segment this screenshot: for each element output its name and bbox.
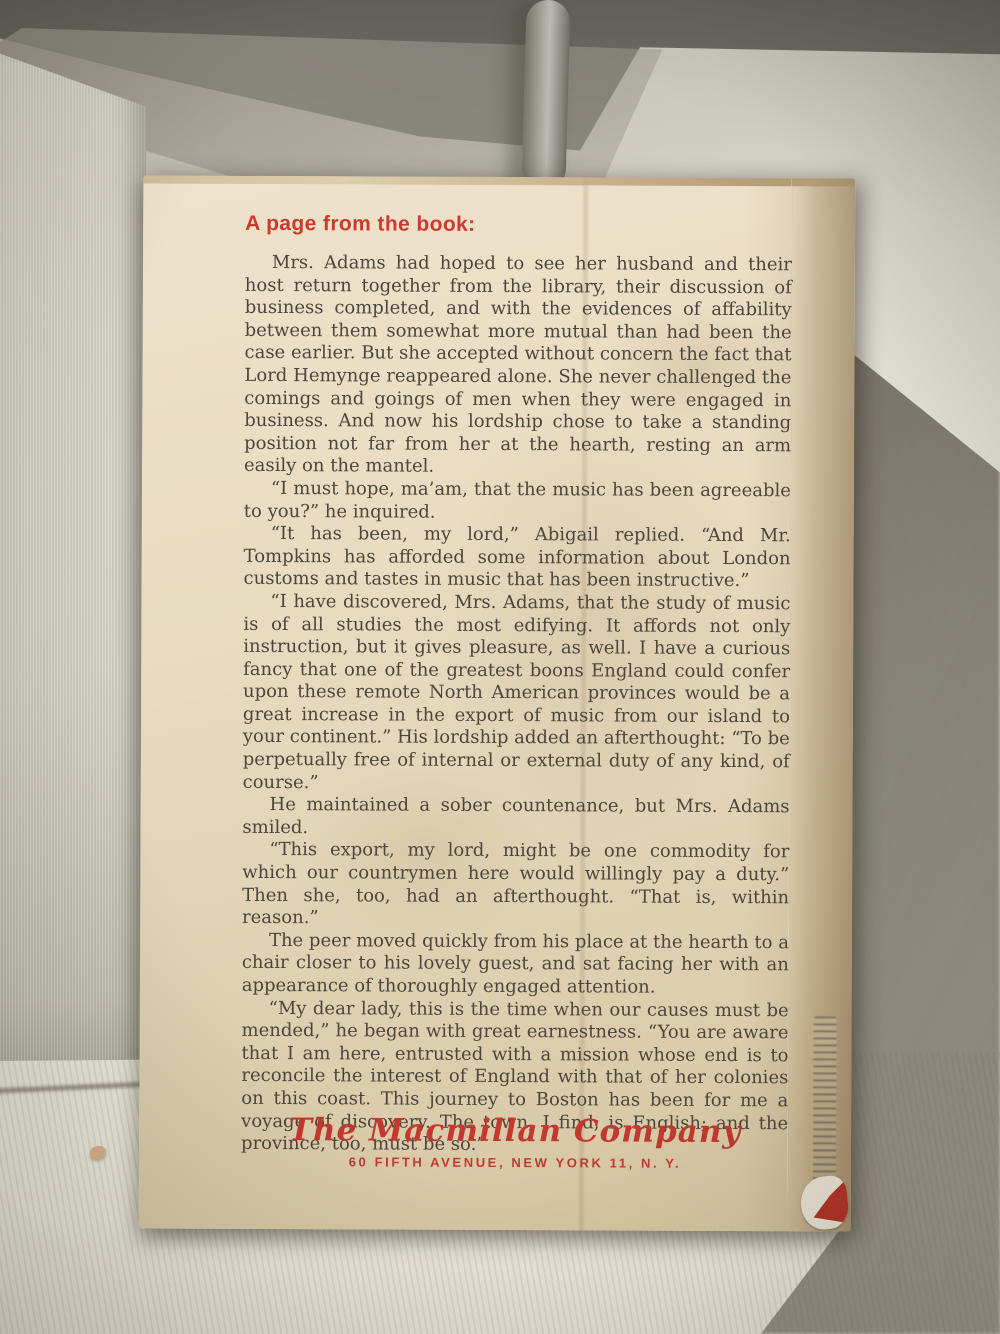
book-excerpt: Mrs. Adams had hoped to see her husband … [241,252,792,1158]
leaning-canvas-panel [0,26,146,1088]
excerpt-paragraph-6: “This export, my lord, might be one comm… [242,839,789,932]
wall-pipe [521,0,570,191]
excerpt-paragraph-5: He maintained a sober countenance, but M… [242,794,789,842]
worn-top-edge [143,175,855,186]
photo-of-book-back: A page from the book: Mrs. Adams had hop… [0,0,1000,1334]
publisher-imprint: The Macmillan Company 60 FIFTH AVENUE, N… [227,1112,803,1172]
excerpt-paragraph-1: Mrs. Adams had hoped to see her husband … [244,252,792,480]
corner-sticker-red-triangle [808,1178,851,1228]
excerpt-paragraph-4: “I have discovered, Mrs. Adams, that the… [243,591,791,797]
page-heading: A page from the book: [245,212,665,238]
excerpt-paragraph-7: The peer moved quickly from his place at… [242,930,789,1000]
library-call-number-strip [813,1016,837,1198]
publisher-name: The Macmillan Company [227,1112,803,1151]
book-back-cover: A page from the book: Mrs. Adams had hop… [139,175,856,1231]
excerpt-paragraph-3: “It has been, my lord,” Abigail replied.… [243,523,790,593]
publisher-address: 60 FIFTH AVENUE, NEW YORK 11, N. Y. [227,1154,803,1172]
excerpt-paragraph-2: “I must hope, ma’am, that the music has … [244,478,791,526]
